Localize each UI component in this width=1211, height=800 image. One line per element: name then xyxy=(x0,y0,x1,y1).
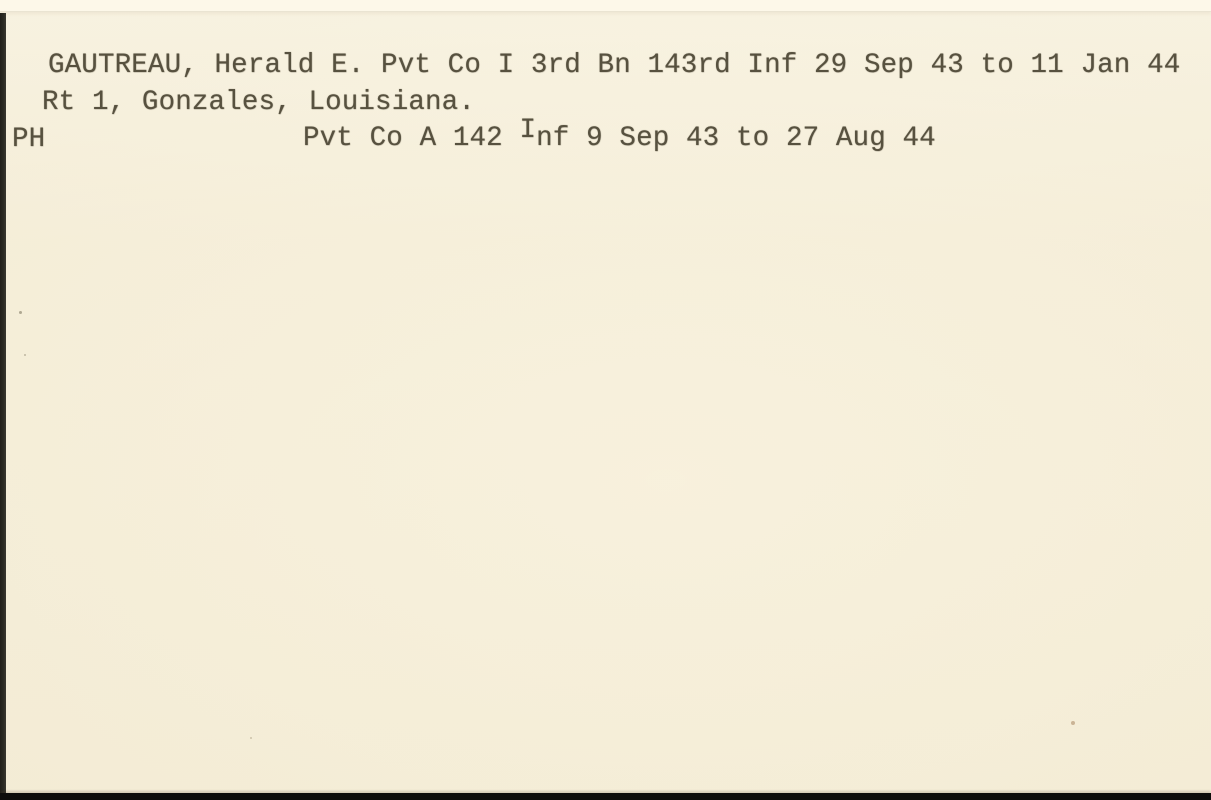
scan-left-edge xyxy=(0,13,6,800)
card-line-name-and-first-service: GAUTREAU, Herald E. Pvt Co I 3rd Bn 143r… xyxy=(48,52,1180,80)
scan-bottom-edge xyxy=(0,793,1211,800)
paper-speck xyxy=(250,737,252,739)
scan-top-edge xyxy=(0,0,1211,12)
card-award-abbreviation: PH xyxy=(12,126,45,154)
second-service-suffix: nf 9 Sep 43 to 27 Aug 44 xyxy=(536,123,936,154)
paper-speck xyxy=(1071,721,1075,725)
scanned-index-card: GAUTREAU, Herald E. Pvt Co I 3rd Bn 143r… xyxy=(0,0,1211,800)
paper-speck xyxy=(24,354,26,356)
paper-speck xyxy=(19,311,22,314)
second-service-prefix: Pvt Co A 142 xyxy=(303,123,520,154)
second-service-raised-letter: I xyxy=(520,115,537,146)
card-line-address: Rt 1, Gonzales, Louisiana. xyxy=(42,89,475,117)
card-line-second-service: Pvt Co A 142 Inf 9 Sep 43 to 27 Aug 44 xyxy=(303,125,936,153)
